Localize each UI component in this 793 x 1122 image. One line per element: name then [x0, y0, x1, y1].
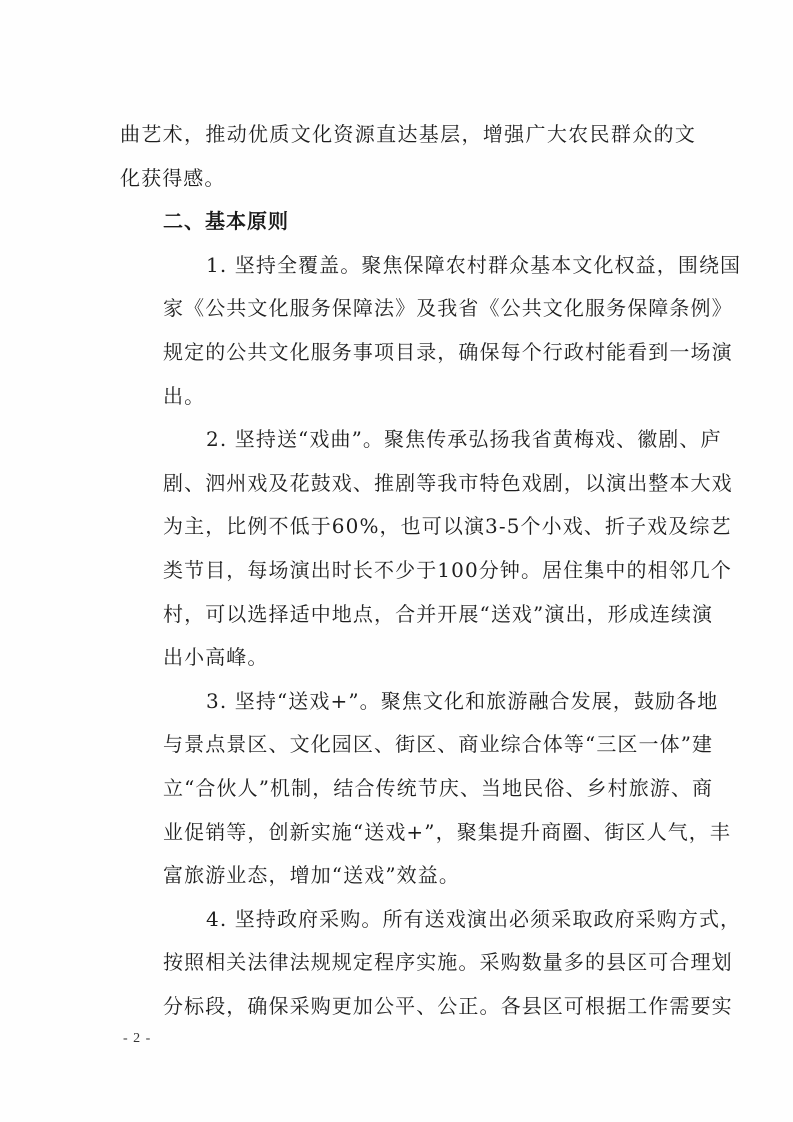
document-page: 曲艺术，推动优质文化资源直达基层，增强广大农民群众的文 化获得感。 二、基本原则…	[0, 0, 793, 1122]
text-line: 3. 坚持“送戏+”。聚焦文化和旅游融合发展，鼓励各地	[120, 680, 696, 724]
text-line: 曲艺术，推动优质文化资源直达基层，增强广大农民群众的文	[120, 113, 696, 157]
text-line: 类节目，每场演出时长不少于100分钟。居住集中的相邻几个	[120, 549, 696, 593]
text-line: 规定的公共文化服务事项目录，确保每个行政村能看到一场演	[120, 331, 696, 375]
text-line: 与景点景区、文化园区、街区、商业综合体等“三区一体”建	[120, 723, 696, 767]
text-line: 家《公共文化服务保障法》及我省《公共文化服务保障条例》	[120, 287, 696, 331]
principle-2-paragraph: 2. 坚持送“戏曲”。聚焦传承弘扬我省黄梅戏、徽剧、庐 剧、泗州戏及花鼓戏、推剧…	[120, 418, 696, 680]
text-line: 出小高峰。	[120, 636, 696, 680]
text-line: 按照相关法律法规规定程序实施。采购数量多的县区可合理划	[120, 941, 696, 985]
principle-1-paragraph: 1. 坚持全覆盖。聚焦保障农村群众基本文化权益，围绕国 家《公共文化服务保障法》…	[120, 244, 696, 418]
text-line: 剧、泗州戏及花鼓戏、推剧等我市特色戏剧，以演出整本大戏	[120, 462, 696, 506]
text-line: 4. 坚持政府采购。所有送戏演出必须采取政府采购方式，	[120, 898, 696, 942]
text-line: 为主，比例不低于60%，也可以演3-5个小戏、折子戏及综艺	[120, 505, 696, 549]
text-line: 出。	[120, 375, 696, 419]
text-line: 化获得感。	[120, 157, 696, 201]
page-number: - 2 -	[123, 1031, 151, 1047]
principle-4-paragraph: 4. 坚持政府采购。所有送戏演出必须采取政府采购方式， 按照相关法律法规规定程序…	[120, 898, 696, 1029]
text-line: 1. 坚持全覆盖。聚焦保障农村群众基本文化权益，围绕国	[120, 244, 696, 288]
continuation-paragraph: 曲艺术，推动优质文化资源直达基层，增强广大农民群众的文 化获得感。	[120, 113, 696, 200]
section-heading: 二、基本原则	[120, 200, 696, 244]
text-line: 立“合伙人”机制，结合传统节庆、当地民俗、乡村旅游、商	[120, 767, 696, 811]
text-line: 富旅游业态，增加“送戏”效益。	[120, 854, 696, 898]
principle-3-paragraph: 3. 坚持“送戏+”。聚焦文化和旅游融合发展，鼓励各地 与景点景区、文化园区、街…	[120, 680, 696, 898]
text-line: 分标段，确保采购更加公平、公正。各县区可根据工作需要实	[120, 985, 696, 1029]
text-line: 村，可以选择适中地点，合并开展“送戏”演出，形成连续演	[120, 593, 696, 637]
text-line: 业促销等，创新实施“送戏+”，聚集提升商圈、街区人气，丰	[120, 811, 696, 855]
text-line: 2. 坚持送“戏曲”。聚焦传承弘扬我省黄梅戏、徽剧、庐	[120, 418, 696, 462]
document-body: 曲艺术，推动优质文化资源直达基层，增强广大农民群众的文 化获得感。 二、基本原则…	[120, 113, 696, 1028]
